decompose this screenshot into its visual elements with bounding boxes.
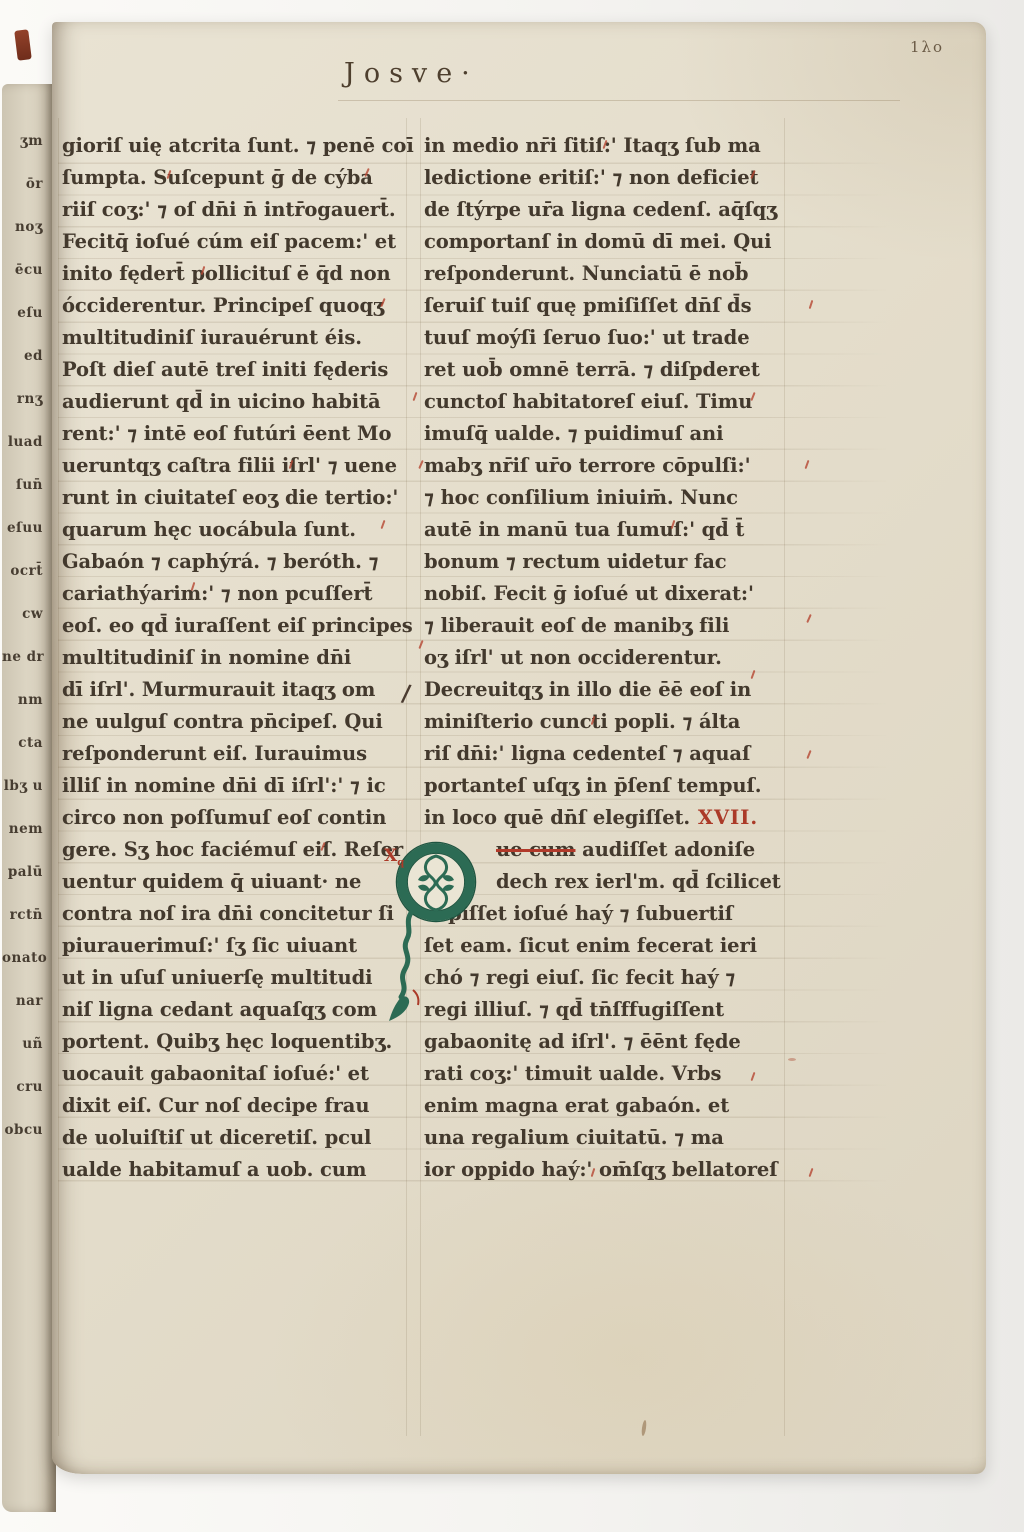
text-line: mabʒ nr̄iſ ur̄o terrore cōpulſi:' <box>424 450 784 482</box>
gutter-fragment: rnʒ <box>2 378 56 421</box>
text-line: reſponderunt. Nunciatū ē nob̄ <box>424 258 784 290</box>
text-line: uentur quidem q̄ uiuant· ne <box>62 866 412 898</box>
gutter-fragment: lbʒ u <box>2 765 56 808</box>
gutter-fragments: ʒmōrnoʒēcueſuedrnʒluadſun̄eſuuocrt̄cwne … <box>2 84 56 1152</box>
text-line: ut in uſuſ uniuerſę multitudi <box>62 962 412 994</box>
initial-q-tail-leaf <box>389 996 409 1021</box>
text-line: circo non poſſumuſ eoſ contin <box>62 802 412 834</box>
gutter-fragment: ſun̄ <box>2 464 56 507</box>
gutter-fragment: palū <box>2 851 56 894</box>
left-text-column: gioriſ uię atcrita ſunt. ⁊ penē coīſumpt… <box>62 130 412 1186</box>
text-line: imuſq̄ ualde. ⁊ puidimuſ ani <box>424 418 784 450</box>
manuscript-page: Josve· 1λo gioriſ uię atcrita ſunt. ⁊ pe… <box>52 22 986 1474</box>
line-text: audiſſet adoniſe <box>575 838 755 861</box>
initial-q-red-flick <box>413 990 418 1005</box>
text-line: ⁊ liberauit eoſ de manibʒ fili <box>424 610 784 642</box>
text-line: ne uulguſ contra pn̄cipeſ. Qui <box>62 706 412 738</box>
text-line: Decreuitqʒ in illo die ēē eoſ in <box>424 674 784 706</box>
text-line: multitudiniſ iurauérunt éis. <box>62 322 412 354</box>
text-line: de uoluiſtiſ ut diceretiſ. pcul <box>62 1122 412 1154</box>
text-line: cunctoſ habitatoreſ eiuſ. Timu <box>424 386 784 418</box>
text-line: ualde habitamuſ a uob. cum <box>62 1154 412 1186</box>
text-line: ſumpta. Suſcepunt ḡ de cýba <box>62 162 412 194</box>
text-line: contra noſ ira dn̄i concitetur ſi <box>62 898 412 930</box>
text-line: nobiſ. Fecit ḡ ioſué ut dixerat:' <box>424 578 784 610</box>
text-line: Gabaón ⁊ caphýrá. ⁊ beróth. ⁊ <box>62 546 412 578</box>
text-line: riſ dn̄i:' ligna cedenteſ ⁊ aquaſ <box>424 738 784 770</box>
text-line: dixit eiſ. Cur noſ decipe frau <box>62 1090 412 1122</box>
text-line: rati coʒ:' timuit ualde. Vrbs <box>424 1058 784 1090</box>
text-line: autē in manū tua ſumuſ:' qd̄ t̄ <box>424 514 784 546</box>
gutter-fragment: nem <box>2 808 56 851</box>
gutter-fragment: cta <box>2 722 56 765</box>
gutter-fragment: cru <box>2 1066 56 1109</box>
ruling-line-vertical <box>420 118 421 1436</box>
margin-mark-x: X <box>384 846 397 866</box>
gutter-fragment: ʒm <box>2 120 56 163</box>
stain-speck <box>788 1058 796 1061</box>
gutter-strip-previous-page: ʒmōrnoʒēcueſuedrnʒluadſun̄eſuuocrt̄cwne … <box>2 84 56 1512</box>
text-line: quarum hęc uocábula ſunt. <box>62 514 412 546</box>
running-title: Josve· <box>344 58 479 89</box>
text-line: niſ ligna cedant aquaſqʒ com <box>62 994 412 1026</box>
text-line: ſeruiſ tuiſ quę pmiſiſſet dn̄ſ d̄s <box>424 290 784 322</box>
struck-word: ue cum <box>496 838 575 861</box>
text-line: oʒ iſrl' ut non occiderentur. <box>424 642 784 674</box>
text-line: gioriſ uię atcrita ſunt. ⁊ penē coī <box>62 130 412 162</box>
text-line: cariathýarim:' ⁊ non pcuſſert̄ <box>62 578 412 610</box>
text-line: uocauit gabaonitaſ ioſué:' et <box>62 1058 412 1090</box>
text-line: Poſt dieſ autē treſ initi fęderis <box>62 354 412 386</box>
text-line: bonum ⁊ rectum uidetur fac <box>424 546 784 578</box>
folio-number: 1λo <box>910 38 944 56</box>
gutter-fragment: uñ <box>2 1023 56 1066</box>
binding-headband <box>14 29 32 60</box>
text-line: inito fędert̄ pollicituſ ē q̄d non <box>62 258 412 290</box>
gutter-fragment: luad <box>2 421 56 464</box>
text-line: ócciderentur. Principeſ quoqʒ <box>62 290 412 322</box>
text-line: una regalium ciuitatū. ⁊ ma <box>424 1122 784 1154</box>
text-line: tuuſ moýſi ſeruo ſuo:' ut trade <box>424 322 784 354</box>
text-line: ledictione eritiſ:' ⁊ non deficiet <box>424 162 784 194</box>
text-line: reſponderunt eiſ. Iurauimus <box>62 738 412 770</box>
text-line: Fecitq̄ ioſué cúm eiſ pacem:' et <box>62 226 412 258</box>
text-line: multitudiniſ in nomine dn̄i <box>62 642 412 674</box>
ruling-line-header <box>338 100 900 101</box>
text-line: comportanſ in domū dī mei. Qui <box>424 226 784 258</box>
text-line: illiſ in nomine dn̄i dī iſrl':' ⁊ ic <box>62 770 412 802</box>
text-line: portent. Quibʒ hęc loquentibʒ. <box>62 1026 412 1058</box>
stain-speck <box>641 1420 647 1436</box>
text-line: portanteſ uſqʒ in p̄ſenſ tempuſ. <box>424 770 784 802</box>
text-line: ior oppido haý:' om̄ſqʒ bellatoreſ <box>424 1154 784 1186</box>
chapter-number: XVII. <box>690 806 758 829</box>
gutter-fragment: cw <box>2 593 56 636</box>
text-line: ueruntqʒ caſtra filii iſrl' ⁊ uene <box>62 450 412 482</box>
text-line: de ſtýrpe ur̄a ligna cedenſ. aq̄ſqʒ <box>424 194 784 226</box>
right-column-upper: in medio nr̄i ſitiſ:' Itaqʒ ſub maledict… <box>424 130 784 802</box>
text-line: runt in ciuitateſ eoʒ die tertio:' <box>62 482 412 514</box>
initial-q-tail <box>401 908 415 997</box>
right-text-column: in medio nr̄i ſitiſ:' Itaqʒ ſub maledict… <box>424 130 784 1186</box>
gutter-fragment: obcu <box>2 1109 56 1152</box>
text-line: ret uob̄ omnē terrā. ⁊ diſpderet <box>424 354 784 386</box>
margin-mark-q: q <box>397 857 404 868</box>
margin-mark: Xq <box>384 846 404 868</box>
text-line: eoſ. eo qd̄ iuraſſent eiſ principes <box>62 610 412 642</box>
ruling-line-vertical <box>784 118 785 1436</box>
ruling-line-vertical <box>58 118 59 1436</box>
text-line: enim magna erat gabaón. et <box>424 1090 784 1122</box>
text-line: miniſterio cuncti popli. ⁊ álta <box>424 706 784 738</box>
text-line: ⁊ hoc conſilium iniuim̄. Nunc <box>424 482 784 514</box>
gutter-fragment: ōr <box>2 163 56 206</box>
gutter-fragment: rctn̄ <box>2 894 56 937</box>
text-line: gabaonitę ad iſrl'. ⁊ ēēnt fęde <box>424 1026 784 1058</box>
text-line: dī iſrl'. Murmurauit itaqʒ om <box>62 674 412 706</box>
gutter-fragment: ocrt̄ <box>2 550 56 593</box>
text-line: piurauerimuſ:' ſʒ ſic uiuant <box>62 930 412 962</box>
gutter-fragment: eſu <box>2 292 56 335</box>
line-text: in loco quē dn̄ſ elegiſſet. <box>424 806 690 829</box>
gutter-fragment: ne dr <box>2 636 56 679</box>
gutter-fragment: nar <box>2 980 56 1023</box>
gutter-fragment: ēcu <box>2 249 56 292</box>
text-line: riiſ coʒ:' ⁊ oſ dn̄i n̄ intr̄ogauert̄. <box>62 194 412 226</box>
text-line: rent:' ⁊ intē eoſ futúri ēent Mo <box>62 418 412 450</box>
text-line: audierunt qd̄ in uicino habitā <box>62 386 412 418</box>
text-line: gere. Sʒ hoc faciémuſ eiſ. Reſer <box>62 834 412 866</box>
gutter-fragment: ed <box>2 335 56 378</box>
gutter-fragment: noʒ <box>2 206 56 249</box>
gutter-fragment: onato <box>2 937 56 980</box>
gutter-fragment: nm <box>2 679 56 722</box>
gutter-fragment: eſuu <box>2 507 56 550</box>
